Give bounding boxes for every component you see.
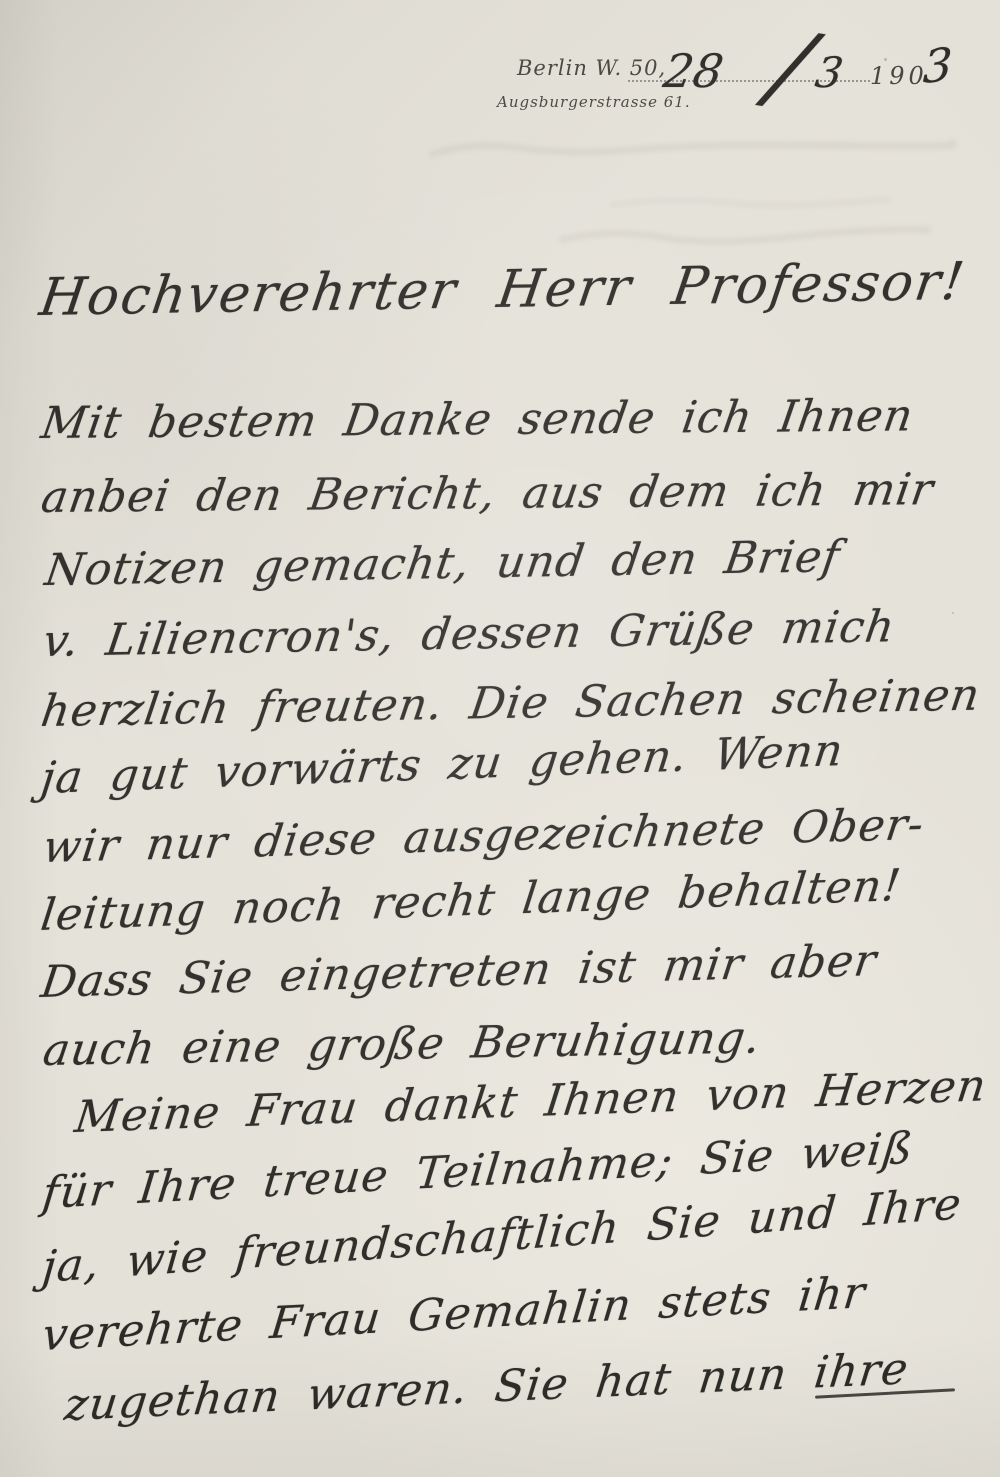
letter-line: zugethan waren. Sie hat nun ihre xyxy=(62,1343,911,1431)
letter-line: Dass Sie eingetreten ist mir aber xyxy=(38,935,880,1008)
letter-line: auch eine große Beruhigung. xyxy=(40,1013,764,1076)
letterhead-city: Berlin W. 50, xyxy=(517,56,666,80)
letter-line: anbei den Bericht, aus dem ich mir xyxy=(38,464,937,523)
paper-speck xyxy=(952,612,954,614)
letter-line: Notizen gemacht, und den Brief xyxy=(42,531,843,596)
letter-line: ja gut vorwärts zu gehen. Wenn xyxy=(38,725,847,804)
letter-line: leitung noch recht lange behalten! xyxy=(38,860,904,941)
letter-paper: Berlin W. 50, Augsburgerstrasse 61. 190 … xyxy=(0,0,1000,1477)
paper-speck xyxy=(148,1122,150,1125)
letter-line: v. Liliencron's, dessen Grüße mich xyxy=(40,601,898,667)
ink-bleedthrough-ghost xyxy=(0,0,1000,400)
letterhead-printed-year-prefix: 190 xyxy=(870,62,928,90)
letter-line: Mit bestem Danke sende ich Ihnen xyxy=(38,390,917,449)
letter-line: wir nur diese ausgezeichnete Ober- xyxy=(40,799,927,873)
paper-speck xyxy=(884,58,887,61)
handwritten-date-year-suffix: 3 xyxy=(922,37,954,94)
handwritten-date-day: 28 xyxy=(660,44,727,98)
